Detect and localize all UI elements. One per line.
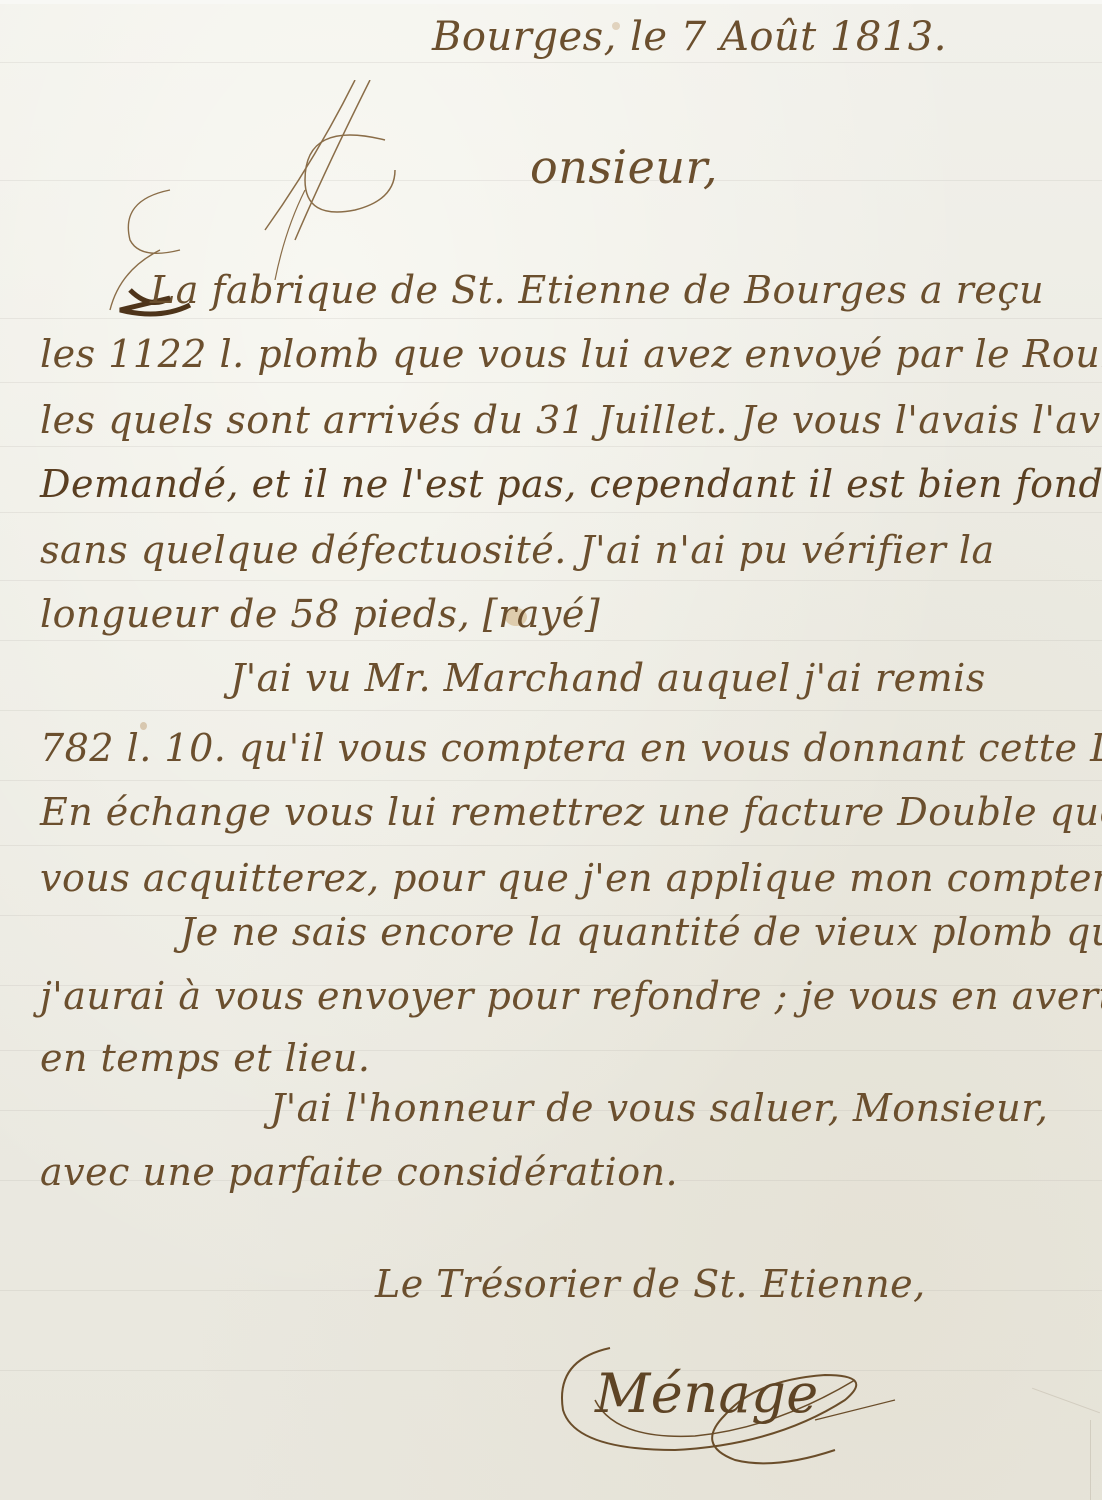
body-line: longueur de 58 pieds, [rayé] xyxy=(40,592,600,636)
body-line: J'ai vu Mr. Marchand auquel j'ai remis xyxy=(230,656,986,700)
paper-rule xyxy=(0,446,1102,447)
paper-rule xyxy=(0,780,1102,781)
place-date-line: Bourges, le 7 Août 1813. xyxy=(432,14,947,60)
paper-rule xyxy=(0,382,1102,383)
paper-rule xyxy=(0,845,1102,846)
paper-rule xyxy=(0,62,1102,63)
body-line: La fabrique de St. Etienne de Bourges a … xyxy=(150,268,1044,312)
paper-top-edge xyxy=(0,0,1102,4)
body-line: les quels sont arrivés du 31 Juillet. Je… xyxy=(40,398,1102,442)
closing-title-line: Le Trésorier de St. Etienne, xyxy=(375,1262,926,1306)
paper-crease xyxy=(1032,1388,1100,1414)
body-line: 782 l. 10. qu'il vous comptera en vous d… xyxy=(40,726,1102,770)
body-line: avec une parfaite considération. xyxy=(40,1150,678,1194)
paper-rule xyxy=(0,710,1102,711)
paper-rule xyxy=(0,1370,1102,1371)
body-line: vous acquitterez, pour que j'en applique… xyxy=(40,856,1102,900)
body-line: les 1122 l. plomb que vous lui avez envo… xyxy=(40,332,1102,376)
body-line: Je ne sais encore la quantité de vieux p… xyxy=(180,910,1102,954)
letter-page: Bourges, le 7 Août 1813. onsieur, La fab… xyxy=(0,0,1102,1500)
body-line: J'ai l'honneur de vous saluer, Monsieur, xyxy=(270,1086,1048,1130)
body-line: j'aurai à vous envoyer pour refondre ; j… xyxy=(40,974,1102,1018)
salutation-text: onsieur, xyxy=(530,140,718,194)
paper-rule xyxy=(0,640,1102,641)
paper-rule xyxy=(0,580,1102,581)
body-line: Demandé, et il ne l'est pas, cependant i… xyxy=(40,462,1102,506)
body-line: sans quelque défectuosité. J'ai n'ai pu … xyxy=(40,528,995,572)
body-line: En échange vous lui remettrez une factur… xyxy=(40,790,1102,834)
body-line: en temps et lieu. xyxy=(40,1036,370,1080)
paper-rule xyxy=(0,512,1102,513)
paper-crease xyxy=(1090,1420,1091,1500)
signature: Ménage xyxy=(595,1362,819,1425)
paper-rule xyxy=(0,318,1102,319)
